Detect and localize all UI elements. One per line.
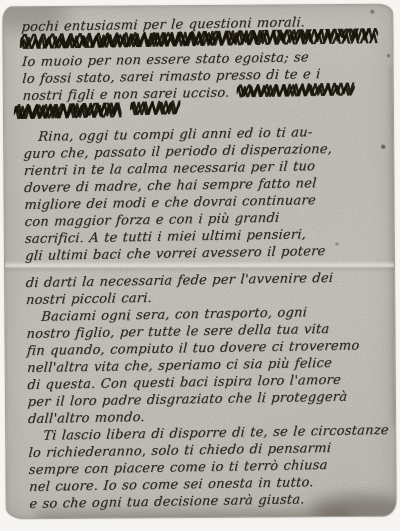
paper-specks (3, 7, 5, 9)
redaction-scribble (236, 82, 355, 97)
redaction-scribble (130, 100, 181, 115)
redaction-scribble (13, 102, 122, 119)
scanned-letter-photo: pochi entusiasmi per le questioni morali… (0, 0, 400, 531)
line-text: e so che ogni tua decisione sarà giusta. (29, 492, 305, 512)
line-text: gli ultimi baci che vorrei avessero il p… (25, 244, 326, 264)
letter-body: pochi entusiasmi per le questioni morali… (21, 10, 395, 510)
smudge-bottom-edge (37, 510, 350, 519)
letter-paper: pochi entusiasmi per le questioni morali… (2, 4, 397, 520)
